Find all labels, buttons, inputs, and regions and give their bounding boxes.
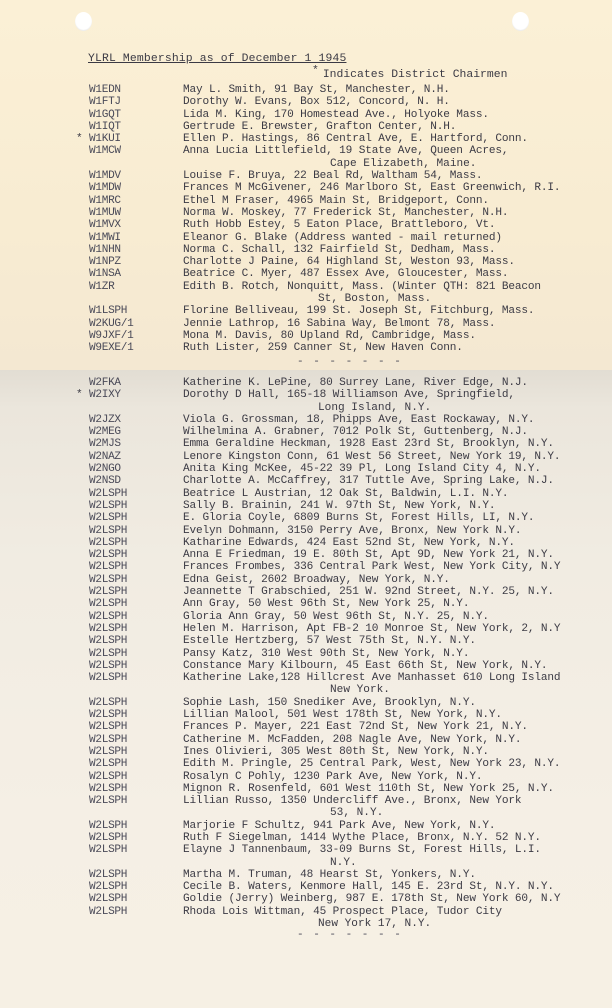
call-sign: W2LSPH	[89, 869, 159, 881]
member-name-address: Jeannette T Grabschied, 251 W. 92nd Stre…	[183, 586, 554, 598]
member-entry: W2LSPHConstance Mary Kilbourn, 45 East 6…	[0, 660, 612, 672]
member-name-address: Frances P. Mayer, 221 East 72nd St, New …	[183, 721, 528, 733]
member-name-address: Marjorie F Schultz, 941 Park Ave, New Yo…	[183, 820, 495, 832]
call-sign: W2LSPH	[89, 820, 159, 832]
member-entry: W2LSPHLillian Malool, 501 West 178th St,…	[0, 709, 612, 721]
member-entry: W1ZREdith B. Rotch, Nonquitt, Mass. (Win…	[0, 281, 612, 293]
call-sign: W2NGO	[89, 463, 159, 475]
call-sign: W2LSPH	[89, 906, 159, 918]
member-name-address: Edith B. Rotch, Nonquitt, Mass. (Winter …	[183, 281, 541, 293]
call-sign: W1MDV	[89, 170, 159, 182]
document-title: YLRL Membership as of December 1 1945	[88, 53, 346, 65]
member-entry: *W2IXYDorothy D Hall, 165-18 Williamson …	[0, 389, 612, 401]
member-name-address: Frances Frombes, 336 Central Park West, …	[183, 561, 560, 573]
member-entry: W1MDVLouise F. Bruya, 22 Beal Rd, Waltha…	[0, 170, 612, 182]
member-entry: W2KUG/1Jennie Lathrop, 16 Sabina Way, Be…	[0, 318, 612, 330]
member-name-address: Viola G. Grossman, 18, Phipps Ave, East …	[183, 414, 534, 426]
member-entry: W1MVXRuth Hobb Estey, 5 Eaton Place, Bra…	[0, 219, 612, 231]
member-entry: W2NGOAnita King McKee, 45-22 39 Pl, Long…	[0, 463, 612, 475]
member-entry: W2MJSEmma Geraldine Heckman, 1928 East 2…	[0, 438, 612, 450]
call-sign: W2LSPH	[89, 783, 159, 795]
call-sign: W2LSPH	[89, 525, 159, 537]
address-continuation: Cape Elizabeth, Maine.	[330, 158, 476, 170]
member-entry: W2LSPHE. Gloria Coyle, 6809 Burns St, Fo…	[0, 512, 612, 524]
asterisk-symbol: *	[312, 65, 319, 77]
member-entry: W2LSPHGoldie (Jerry) Weinberg, 987 E. 17…	[0, 893, 612, 905]
call-sign: W2LSPH	[89, 697, 159, 709]
member-name-address: Ruth Hobb Estey, 5 Eaton Place, Brattleb…	[183, 219, 495, 231]
district-chairman-marker: *	[76, 133, 86, 145]
call-sign: W2LSPH	[89, 672, 159, 684]
member-entry: W2MEGWilhelmina A. Grabner, 7012 Polk St…	[0, 426, 612, 438]
member-name-address: Gloria Ann Gray, 50 West 96th St, N.Y. 2…	[183, 611, 489, 623]
call-sign: W1LSPH	[89, 305, 159, 317]
member-name-address: Edith M. Pringle, 25 Central Park, West,…	[183, 758, 560, 770]
call-sign: W1NHN	[89, 244, 159, 256]
address-continuation: Long Island, N.Y.	[318, 402, 431, 414]
member-entry: W2LSPHCatherine M. McFadden, 208 Nagle A…	[0, 734, 612, 746]
call-sign: W2MJS	[89, 438, 159, 450]
member-name-address: May L. Smith, 91 Bay St, Manchester, N.H…	[183, 84, 450, 96]
member-name-address: Goldie (Jerry) Weinberg, 987 E. 178th St…	[183, 893, 560, 905]
call-sign: W1ZR	[89, 281, 159, 293]
member-entry: W2LSPHMignon R. Rosenfeld, 601 West 110t…	[0, 783, 612, 795]
member-name-address: Dorothy D Hall, 165-18 Williamson Ave, S…	[183, 389, 515, 401]
member-name-address: Wilhelmina A. Grabner, 7012 Polk St, Gut…	[183, 426, 528, 438]
member-entry: *W1KUIEllen P. Hastings, 86 Central Ave,…	[0, 133, 612, 145]
member-name-address: Mona M. Davis, 80 Upland Rd, Cambridge, …	[183, 330, 476, 342]
member-name-address: Eleanor G. Blake (Address wanted - mail …	[183, 232, 502, 244]
member-entry: W2LSPHInes Olivieri, 305 West 80th St, N…	[0, 746, 612, 758]
member-name-address: Charlotte J Paine, 64 Highland St, Westo…	[183, 256, 515, 268]
member-name-address: Pansy Katz, 310 West 90th St, New York, …	[183, 648, 469, 660]
legend-text: Indicates District Chairmen	[323, 69, 508, 81]
member-name-address: Lillian Russo, 1350 Undercliff Ave., Bro…	[183, 795, 521, 807]
member-name-address: Evelyn Dohmann, 3150 Perry Ave, Bronx, N…	[183, 525, 521, 537]
member-entry: W2LSPHRosalyn C Pohly, 1230 Park Ave, Ne…	[0, 771, 612, 783]
member-entry: W2LSPHGloria Ann Gray, 50 West 96th St, …	[0, 611, 612, 623]
member-name-address: Beatrice C. Myer, 487 Essex Ave, Glouces…	[183, 268, 508, 280]
call-sign: W1MRC	[89, 195, 159, 207]
member-entry: W2LSPHEdna Geist, 2602 Broadway, New Yor…	[0, 574, 612, 586]
member-name-address: Anna E Friedman, 19 E. 80th St, Apt 9D, …	[183, 549, 554, 561]
member-name-address: Ines Olivieri, 305 West 80th St, New Yor…	[183, 746, 489, 758]
member-name-address: Constance Mary Kilbourn, 45 East 66th St…	[183, 660, 547, 672]
address-continuation: N.Y.	[330, 857, 357, 869]
member-name-address: Ann Gray, 50 West 96th St, New York 25, …	[183, 598, 469, 610]
call-sign: W1MUW	[89, 207, 159, 219]
call-sign: W1GQT	[89, 109, 159, 121]
member-entry: W2LSPHSophie Lash, 150 Snediker Ave, Bro…	[0, 697, 612, 709]
member-name-address: Ruth Lister, 259 Canner St, New Haven Co…	[183, 342, 463, 354]
member-entry: W2LSPHFrances Frombes, 336 Central Park …	[0, 561, 612, 573]
legend-note: *Indicates District Chairmen	[312, 69, 507, 81]
member-entry: W2LSPHEdith M. Pringle, 25 Central Park,…	[0, 758, 612, 770]
address-continuation: New York.	[330, 684, 390, 696]
call-sign: W2LSPH	[89, 893, 159, 905]
call-sign: W2LSPH	[89, 598, 159, 610]
member-name-address: E. Gloria Coyle, 6809 Burns St, Forest H…	[183, 512, 534, 524]
member-entry: W2FKAKatherine K. LePine, 80 Surrey Lane…	[0, 377, 612, 389]
member-entry: W2NSDCharlotte A. McCaffrey, 317 Tuttle …	[0, 475, 612, 487]
member-name-address: Rosalyn C Pohly, 1230 Park Ave, New York…	[183, 771, 482, 783]
member-entry: W2LSPHAnna E Friedman, 19 E. 80th St, Ap…	[0, 549, 612, 561]
member-entry: W2LSPHKatherine Lake,128 Hillcrest Ave M…	[0, 672, 612, 684]
member-name-address: Florine Belliveau, 199 St. Joseph St, Fi…	[183, 305, 534, 317]
member-entry: W2LSPHPansy Katz, 310 West 90th St, New …	[0, 648, 612, 660]
member-name-address: Anita King McKee, 45-22 39 Pl, Long Isla…	[183, 463, 541, 475]
member-entry: W1NHNNorma C. Schall, 132 Fairfield St, …	[0, 244, 612, 256]
member-name-address: Emma Geraldine Heckman, 1928 East 23rd S…	[183, 438, 554, 450]
member-name-address: Frances M McGivener, 246 Marlboro St, Ea…	[183, 182, 560, 194]
member-name-address: Helen M. Harrison, Apt FB-2 10 Monroe St…	[183, 623, 560, 635]
membership-section-district-1: W1EDNMay L. Smith, 91 Bay St, Manchester…	[0, 84, 612, 355]
member-entry: W2LSPHAnn Gray, 50 West 96th St, New Yor…	[0, 598, 612, 610]
member-entry: W1GQTLida M. King, 170 Homestead Ave., H…	[0, 109, 612, 121]
member-name-address: Norma C. Schall, 132 Fairfield St, Dedha…	[183, 244, 495, 256]
member-name-address: Lida M. King, 170 Homestead Ave., Holyok…	[183, 109, 489, 121]
call-sign: W2LSPH	[89, 844, 159, 856]
member-entry: W1NSABeatrice C. Myer, 487 Essex Ave, Gl…	[0, 268, 612, 280]
member-entry-continuation: Long Island, N.Y.	[0, 402, 612, 414]
member-entry: W2LSPHCecile B. Waters, Kenmore Hall, 14…	[0, 881, 612, 893]
call-sign: W2LSPH	[89, 574, 159, 586]
member-name-address: Rhoda Lois Wittman, 45 Prospect Place, T…	[183, 906, 502, 918]
member-name-address: Louise F. Bruya, 22 Beal Rd, Waltham 54,…	[183, 170, 482, 182]
call-sign: W2LSPH	[89, 795, 159, 807]
member-name-address: Katherine Lake,128 Hillcrest Ave Manhass…	[183, 672, 560, 684]
member-name-address: Martha M. Truman, 48 Hearst St, Yonkers,…	[183, 869, 476, 881]
member-entry: W1IQTGertrude E. Brewster, Grafton Cente…	[0, 121, 612, 133]
call-sign: W1MCW	[89, 145, 159, 157]
member-name-address: Edna Geist, 2602 Broadway, New York, N.Y…	[183, 574, 450, 586]
member-entry: W1MUWNorma W. Moskey, 77 Frederick St, M…	[0, 207, 612, 219]
member-entry: W1MDWFrances M McGivener, 246 Marlboro S…	[0, 182, 612, 194]
member-entry: W9EXE/1Ruth Lister, 259 Canner St, New H…	[0, 342, 612, 354]
call-sign: W2LSPH	[89, 586, 159, 598]
member-entry: W2LSPHEvelyn Dohmann, 3150 Perry Ave, Br…	[0, 525, 612, 537]
member-name-address: Sophie Lash, 150 Snediker Ave, Brooklyn,…	[183, 697, 476, 709]
call-sign: W2LSPH	[89, 635, 159, 647]
member-entry: W1LSPHFlorine Belliveau, 199 St. Joseph …	[0, 305, 612, 317]
member-entry: W1FTJDorothy W. Evans, Box 512, Concord,…	[0, 96, 612, 108]
member-entry-continuation: New York.	[0, 684, 612, 696]
call-sign: W2LSPH	[89, 648, 159, 660]
member-name-address: Sally B. Brainin, 241 W. 97th St, New Yo…	[183, 500, 495, 512]
call-sign: W2LSPH	[89, 881, 159, 893]
call-sign: W2LSPH	[89, 623, 159, 635]
call-sign: W1FTJ	[89, 96, 159, 108]
call-sign: W2LSPH	[89, 771, 159, 783]
member-entry: W1MWIEleanor G. Blake (Address wanted - …	[0, 232, 612, 244]
member-entry: W2LSPHSally B. Brainin, 241 W. 97th St, …	[0, 500, 612, 512]
address-continuation: 53, N.Y.	[330, 807, 383, 819]
member-name-address: Lenore Kingston Conn, 61 West 56 Street,…	[183, 451, 560, 463]
call-sign: W9EXE/1	[89, 342, 159, 354]
member-name-address: Cecile B. Waters, Kenmore Hall, 145 E. 2…	[183, 881, 554, 893]
member-entry: W2LSPHLillian Russo, 1350 Undercliff Ave…	[0, 795, 612, 807]
member-entry: W2LSPHJeannette T Grabschied, 251 W. 92n…	[0, 586, 612, 598]
punch-hole-left	[75, 12, 92, 31]
call-sign: W1NSA	[89, 268, 159, 280]
call-sign: W2JZX	[89, 414, 159, 426]
call-sign: W1KUI	[89, 133, 159, 145]
call-sign: W1EDN	[89, 84, 159, 96]
call-sign: W2LSPH	[89, 746, 159, 758]
member-name-address: Ruth F Siegelman, 1414 Wythe Place, Bron…	[183, 832, 541, 844]
call-sign: W2LSPH	[89, 660, 159, 672]
member-entry-continuation: St, Boston, Mass.	[0, 293, 612, 305]
member-entry: W1EDNMay L. Smith, 91 Bay St, Manchester…	[0, 84, 612, 96]
call-sign: W2LSPH	[89, 758, 159, 770]
call-sign: W2LSPH	[89, 611, 159, 623]
call-sign: W2LSPH	[89, 561, 159, 573]
member-name-address: Katharine Edwards, 424 East 52nd St, New…	[183, 537, 515, 549]
member-name-address: Dorothy W. Evans, Box 512, Concord, N. H…	[183, 96, 450, 108]
call-sign: W2LSPH	[89, 721, 159, 733]
call-sign: W2FKA	[89, 377, 159, 389]
member-entry: W2LSPHKatharine Edwards, 424 East 52nd S…	[0, 537, 612, 549]
call-sign: W1NPZ	[89, 256, 159, 268]
member-entry: W2LSPHMartha M. Truman, 48 Hearst St, Yo…	[0, 869, 612, 881]
call-sign: W2MEG	[89, 426, 159, 438]
call-sign: W1IQT	[89, 121, 159, 133]
member-entry: W2LSPHRhoda Lois Wittman, 45 Prospect Pl…	[0, 906, 612, 918]
call-sign: W2LSPH	[89, 488, 159, 500]
member-entry-continuation: Cape Elizabeth, Maine.	[0, 158, 612, 170]
member-entry: W2NAZLenore Kingston Conn, 61 West 56 St…	[0, 451, 612, 463]
call-sign: W2LSPH	[89, 549, 159, 561]
member-entry: W2LSPHEstelle Hertzberg, 57 West 75th St…	[0, 635, 612, 647]
member-entry: W9JXF/1Mona M. Davis, 80 Upland Rd, Camb…	[0, 330, 612, 342]
member-name-address: Jennie Lathrop, 16 Sabina Way, Belmont 7…	[183, 318, 495, 330]
member-entry: W2LSPHMarjorie F Schultz, 941 Park Ave, …	[0, 820, 612, 832]
member-entry: W2LSPHRuth F Siegelman, 1414 Wythe Place…	[0, 832, 612, 844]
member-entry-continuation: N.Y.	[0, 857, 612, 869]
member-name-address: Estelle Hertzberg, 57 West 75th St, N.Y.…	[183, 635, 476, 647]
section-divider: - - - - - - -	[297, 356, 402, 368]
call-sign: W2LSPH	[89, 512, 159, 524]
call-sign: W1MVX	[89, 219, 159, 231]
call-sign: W2NAZ	[89, 451, 159, 463]
member-name-address: Elayne J Tannenbaum, 33-09 Burns St, For…	[183, 844, 541, 856]
address-continuation: St, Boston, Mass.	[318, 293, 431, 305]
member-entry: W1MRCEthel M Fraser, 4965 Main St, Bridg…	[0, 195, 612, 207]
member-entry: W1MCWAnna Lucia Littlefield, 19 State Av…	[0, 145, 612, 157]
member-name-address: Catherine M. McFadden, 208 Nagle Ave, Ne…	[183, 734, 521, 746]
member-entry: W2LSPHBeatrice L Austrian, 12 Oak St, Ba…	[0, 488, 612, 500]
call-sign: W9JXF/1	[89, 330, 159, 342]
member-name-address: Gertrude E. Brewster, Grafton Center, N.…	[183, 121, 456, 133]
member-entry: W2LSPHFrances P. Mayer, 221 East 72nd St…	[0, 721, 612, 733]
call-sign: W2LSPH	[89, 832, 159, 844]
call-sign: W2LSPH	[89, 500, 159, 512]
member-entry: W1NPZCharlotte J Paine, 64 Highland St, …	[0, 256, 612, 268]
district-chairman-marker: *	[76, 389, 86, 401]
call-sign: W1MWI	[89, 232, 159, 244]
member-name-address: Norma W. Moskey, 77 Frederick St, Manche…	[183, 207, 508, 219]
member-name-address: Beatrice L Austrian, 12 Oak St, Baldwin,…	[183, 488, 508, 500]
section-divider: - - - - - - -	[297, 929, 402, 941]
call-sign: W2LSPH	[89, 537, 159, 549]
member-name-address: Mignon R. Rosenfeld, 601 West 110th St, …	[183, 783, 554, 795]
member-name-address: Anna Lucia Littlefield, 19 State Ave, Qu…	[183, 145, 508, 157]
call-sign: W2LSPH	[89, 709, 159, 721]
member-name-address: Charlotte A. McCaffrey, 317 Tuttle Ave, …	[183, 475, 554, 487]
call-sign: W2NSD	[89, 475, 159, 487]
member-name-address: Lillian Malool, 501 West 178th St, New Y…	[183, 709, 502, 721]
call-sign: W2LSPH	[89, 734, 159, 746]
call-sign: W2KUG/1	[89, 318, 159, 330]
punch-hole-right	[512, 12, 529, 31]
member-name-address: Ethel M Fraser, 4965 Main St, Bridgeport…	[183, 195, 489, 207]
member-entry: W2JZXViola G. Grossman, 18, Phipps Ave, …	[0, 414, 612, 426]
member-entry: W2LSPHHelen M. Harrison, Apt FB-2 10 Mon…	[0, 623, 612, 635]
member-name-address: Katherine K. LePine, 80 Surrey Lane, Riv…	[183, 377, 528, 389]
call-sign: W1MDW	[89, 182, 159, 194]
member-entry-continuation: 53, N.Y.	[0, 807, 612, 819]
member-name-address: Ellen P. Hastings, 86 Central Ave, E. Ha…	[183, 133, 528, 145]
member-entry: W2LSPHElayne J Tannenbaum, 33-09 Burns S…	[0, 844, 612, 856]
call-sign: W2IXY	[89, 389, 159, 401]
membership-section-district-2: W2FKAKatherine K. LePine, 80 Surrey Lane…	[0, 377, 612, 930]
